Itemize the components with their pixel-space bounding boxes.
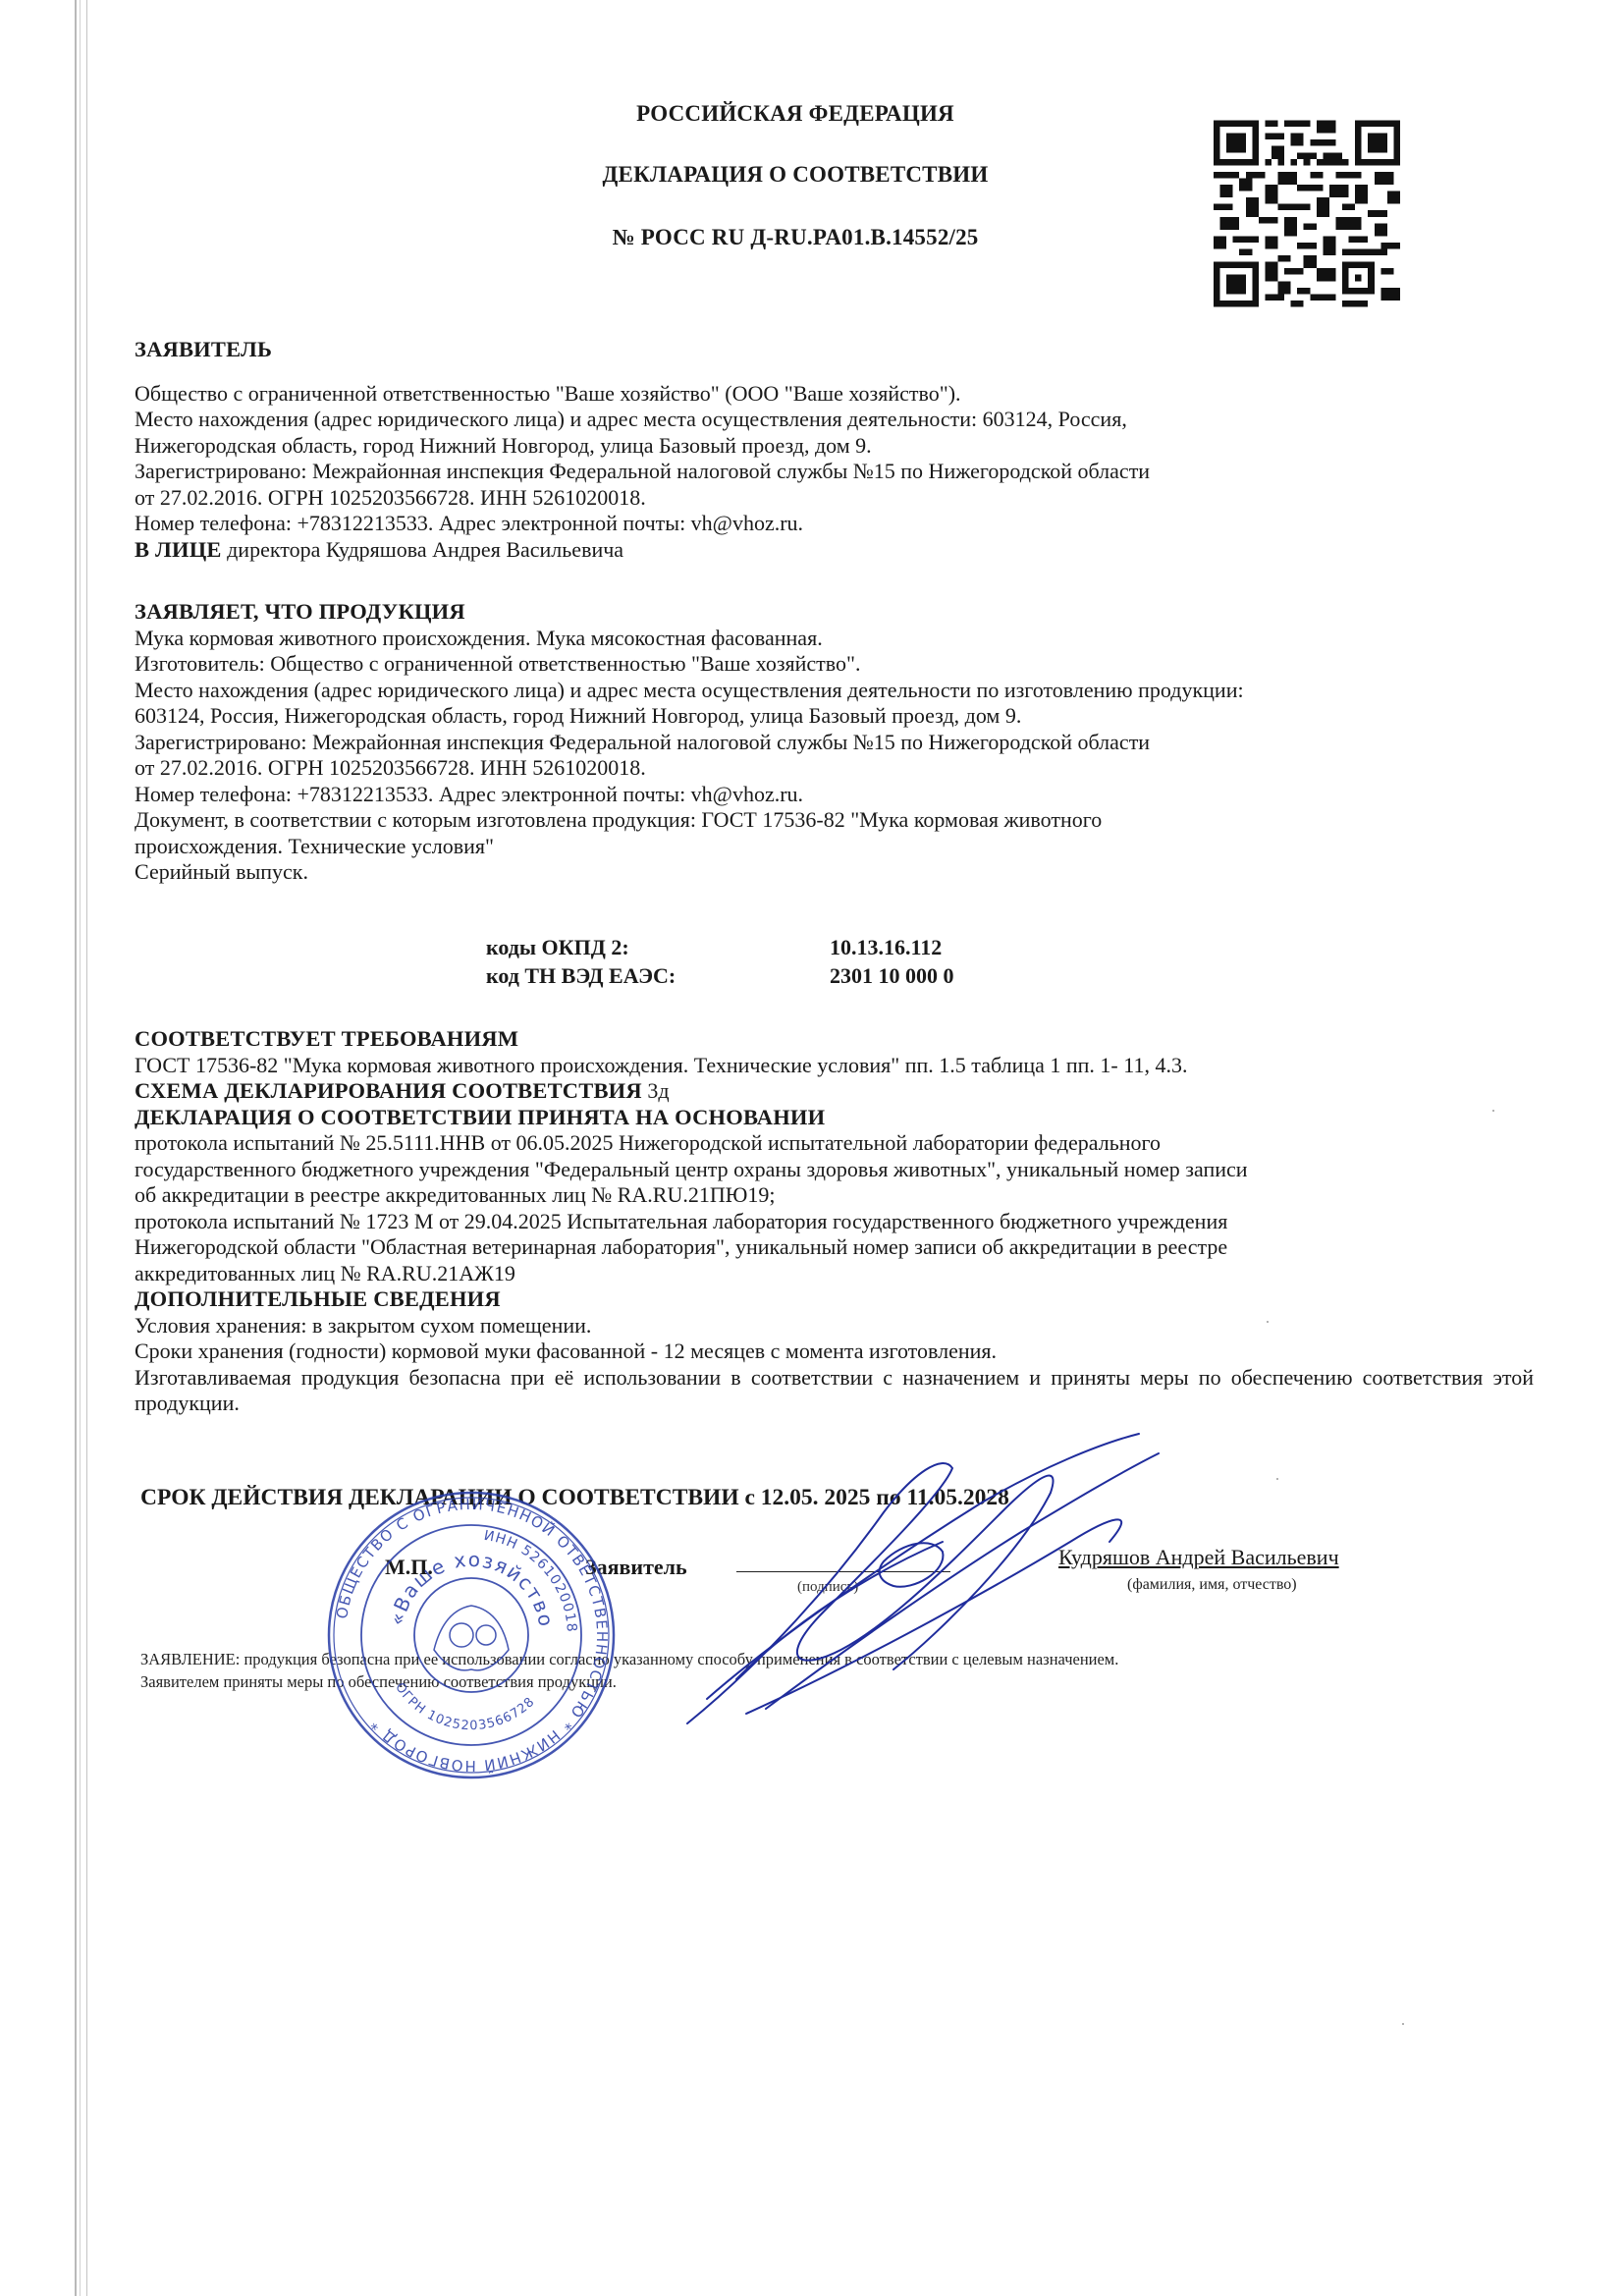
scan-margin-line (80, 0, 81, 2296)
product-line: от 27.02.2016. ОГРН 1025203566728. ИНН 5… (135, 755, 1539, 782)
applicant-line: от 27.02.2016. ОГРН 1025203566728. ИНН 5… (135, 485, 1539, 512)
scheme-value: 3д (642, 1078, 670, 1103)
section-title: ДОПОЛНИТЕЛЬНЫЕ СВЕДЕНИЯ (135, 1286, 1539, 1313)
product-codes: коды ОКПД 2: 10.13.16.112 код ТН ВЭД ЕАЭ… (486, 933, 954, 990)
additional-line: Сроки хранения (годности) кормовой муки … (135, 1339, 1539, 1365)
signature-icon (648, 1414, 1198, 1728)
represented-label: В ЛИЦЕ (135, 537, 222, 562)
scan-speck (1267, 1321, 1269, 1323)
product-line: Серийный выпуск. (135, 859, 1539, 886)
scan-speck (1492, 1110, 1494, 1112)
applicant-line: Место нахождения (адрес юридического лиц… (135, 407, 1539, 433)
product-line: Документ, в соответствии с которым изгот… (135, 807, 1539, 834)
applicant-section: ЗАЯВИТЕЛЬ Общество с ограниченной ответс… (135, 337, 1539, 563)
section-title: ЗАЯВЛЯЕТ, ЧТО ПРОДУКЦИЯ (135, 599, 1539, 626)
applicant-line: Общество с ограниченной ответственностью… (135, 381, 1539, 408)
code-label: коды ОКПД 2: (486, 933, 830, 961)
code-value: 10.13.16.112 (830, 933, 942, 961)
section-title: ДЕКЛАРАЦИЯ О СООТВЕТСТВИИ ПРИНЯТА НА ОСН… (135, 1105, 1539, 1131)
code-row: код ТН ВЭД ЕАЭС: 2301 10 000 0 (486, 961, 954, 990)
section-title: ЗАЯВИТЕЛЬ (135, 337, 1539, 363)
basis-line: Нижегородской области "Областная ветерин… (135, 1234, 1539, 1261)
qr-code-icon (1214, 118, 1400, 309)
stamp-ogrn-text: ОГРН 1025203566728 (392, 1680, 538, 1733)
country-title: РОССИЙСКАЯ ФЕДЕРАЦИЯ (471, 101, 1119, 127)
company-stamp-icon: ОБЩЕСТВО С ОГРАНИЧЕННОЙ ОТВЕТСТВЕННОСТЬЮ… (324, 1488, 619, 1782)
conformity-section: СООТВЕТСТВУЕТ ТРЕБОВАНИЯМ ГОСТ 17536-82 … (135, 1026, 1539, 1417)
additional-paragraph: Изготавливаемая продукция безопасна при … (135, 1365, 1534, 1417)
basis-line: протокола испытаний № 25.5111.ННВ от 06.… (135, 1130, 1539, 1157)
applicant-line: Зарегистрировано: Межрайонная инспекция … (135, 459, 1539, 485)
basis-line: протокола испытаний № 1723 М от 29.04.20… (135, 1209, 1539, 1235)
product-line: Мука кормовая животного происхождения. М… (135, 626, 1539, 652)
scheme-line: СХЕМА ДЕКЛАРИРОВАНИЯ СООТВЕТСТВИЯ 3д (135, 1078, 1539, 1105)
scan-margin-line (86, 0, 87, 2296)
applicant-line: Нижегородская область, город Нижний Новг… (135, 433, 1539, 460)
product-line: Изготовитель: Общество с ограниченной от… (135, 651, 1539, 678)
basis-line: аккредитованных лиц № RA.RU.21АЖ19 (135, 1261, 1539, 1287)
scan-speck (1276, 1478, 1278, 1480)
requirements-text: ГОСТ 17536-82 "Мука кормовая животного п… (135, 1053, 1539, 1079)
code-value: 2301 10 000 0 (830, 961, 954, 990)
scan-speck (1402, 2023, 1404, 2025)
applicant-line: Номер телефона: +78312213533. Адрес элек… (135, 511, 1539, 537)
scan-margin-line (75, 0, 77, 2296)
product-section: ЗАЯВЛЯЕТ, ЧТО ПРОДУКЦИЯ Мука кормовая жи… (135, 599, 1539, 886)
scheme-title: СХЕМА ДЕКЛАРИРОВАНИЯ СООТВЕТСТВИЯ (135, 1078, 642, 1103)
basis-line: об аккредитации в реестре аккредитованны… (135, 1182, 1539, 1209)
represented-value: директора Кудряшова Андрея Васильевича (222, 537, 623, 562)
code-row: коды ОКПД 2: 10.13.16.112 (486, 933, 954, 961)
product-line: Зарегистрировано: Межрайонная инспекция … (135, 730, 1539, 756)
declaration-number: № РОСС RU Д-RU.PA01.B.14552/25 (471, 225, 1119, 250)
product-line: 603124, Россия, Нижегородская область, г… (135, 703, 1539, 730)
basis-line: государственного бюджетного учреждения "… (135, 1157, 1539, 1183)
code-label: код ТН ВЭД ЕАЭС: (486, 961, 830, 990)
document-title: ДЕКЛАРАЦИЯ О СООТВЕТСТВИИ (471, 162, 1119, 188)
product-line: Номер телефона: +78312213533. Адрес элек… (135, 782, 1539, 808)
svg-text:ОГРН 1025203566728: ОГРН 1025203566728 (392, 1680, 538, 1733)
additional-line: Условия хранения: в закрытом сухом помещ… (135, 1313, 1539, 1339)
product-line: Место нахождения (адрес юридического лиц… (135, 678, 1539, 704)
section-title: СООТВЕТСТВУЕТ ТРЕБОВАНИЯМ (135, 1026, 1539, 1053)
represented-by: В ЛИЦЕ директора Кудряшова Андрея Василь… (135, 537, 1539, 564)
product-line: происхождения. Технические условия" (135, 834, 1539, 860)
